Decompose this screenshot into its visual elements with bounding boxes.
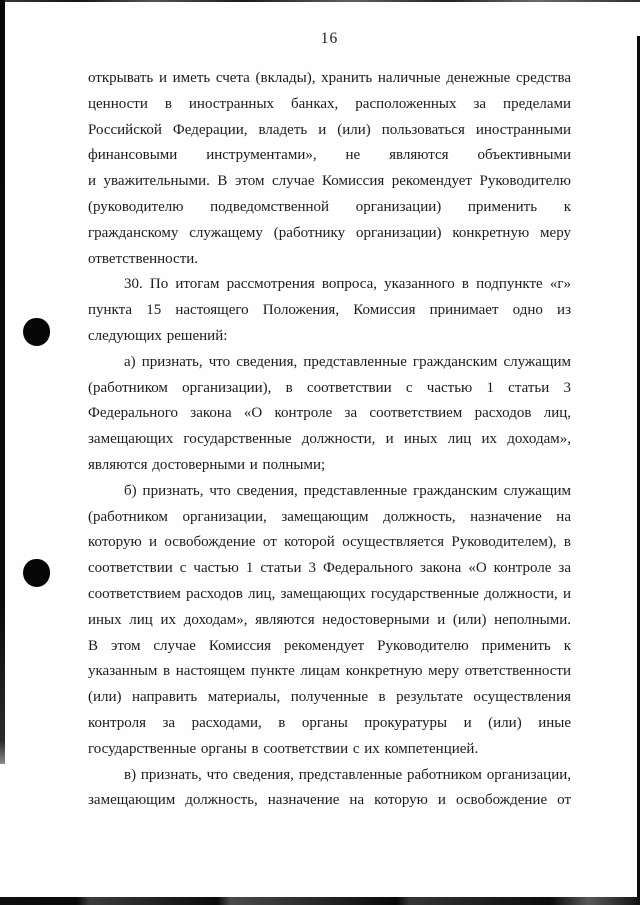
text-line: Российской Федерации, владеть и (или) по… (88, 118, 571, 144)
text-line: (или) направить материалы, полученные в … (88, 685, 571, 711)
text-line: б) признать, что сведения, представленны… (88, 479, 571, 505)
text-line: (работником организации), в соответствии… (88, 376, 571, 402)
text-line: замещающих государственные должности, и … (88, 427, 571, 453)
text-line: государственные органы в соответствии с … (88, 737, 571, 763)
text-line: (руководителю подведомственной организац… (88, 195, 571, 221)
document-page: 16 открывать и иметь счета (вклады), хра… (0, 0, 640, 905)
hole-punch-mark-bottom (23, 559, 50, 587)
text-line: (работником организации, замещающим долж… (88, 505, 571, 531)
page-number: 16 (88, 30, 571, 48)
scan-edge-left (0, 0, 5, 764)
text-line: и уважительными. В этом случае Комиссия … (88, 169, 571, 195)
hole-punch-mark-top (23, 318, 50, 346)
text-line: соответствии с частью 1 статьи 3 Федерал… (88, 556, 571, 582)
text-body: открывать и иметь счета (вклады), хранит… (88, 66, 571, 814)
text-line: контроля за расходами, в органы прокурат… (88, 711, 571, 737)
text-line: следующих решений: (88, 324, 571, 350)
text-line: Федерального закона «О контроле за соотв… (88, 401, 571, 427)
scan-edge-top (0, 0, 640, 2)
text-line: указанным в настоящем пункте лицам конкр… (88, 659, 571, 685)
text-line: В этом случае Комиссия рекомендует Руков… (88, 634, 571, 660)
text-line: иных лиц их доходам», являются недостове… (88, 608, 571, 634)
text-line: пункта 15 настоящего Положения, Комиссия… (88, 298, 571, 324)
text-line: замещающим должность, назначение на кото… (88, 788, 571, 814)
text-line: а) признать, что сведения, представленны… (88, 350, 571, 376)
text-line: являются достоверными и полными; (88, 453, 571, 479)
text-line: финансовыми инструментами», не являются … (88, 143, 571, 169)
scan-edge-bottom (0, 897, 640, 905)
text-line: соответствием расходов лиц, замещающих г… (88, 582, 571, 608)
text-line: которую и освобождение от которой осущес… (88, 530, 571, 556)
text-line: открывать и иметь счета (вклады), хранит… (88, 66, 571, 92)
text-line: 30. По итогам рассмотрения вопроса, указ… (88, 272, 571, 298)
text-line: в) признать, что сведения, представленны… (88, 763, 571, 789)
text-line: ценности в иностранных банках, расположе… (88, 92, 571, 118)
text-line: гражданскому служащему (работнику органи… (88, 221, 571, 247)
text-line: ответственности. (88, 247, 571, 273)
